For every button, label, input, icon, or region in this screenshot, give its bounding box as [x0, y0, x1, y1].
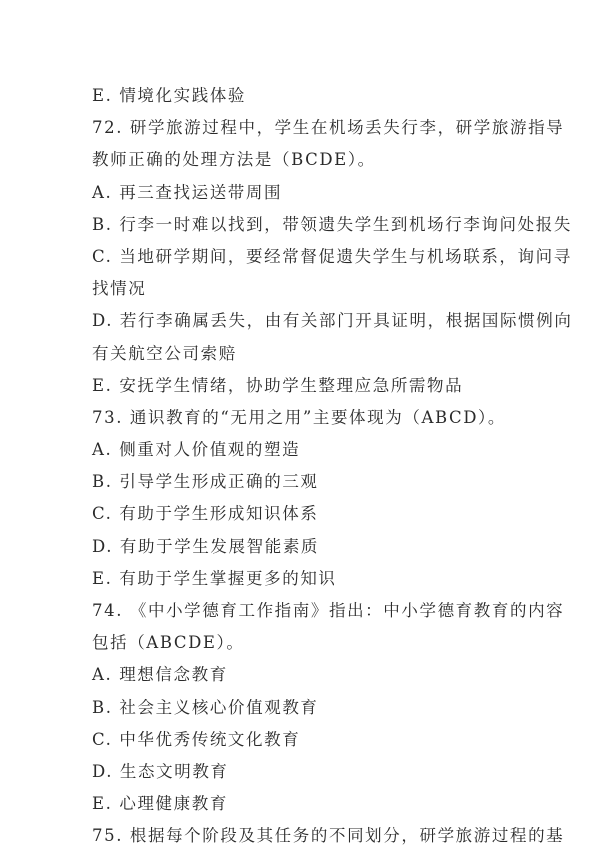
question-72-text: 72. 研学旅游过程中，学生在机场丢失行李，研学旅游指导 — [92, 112, 512, 144]
question-74-text: 74. 《中小学德育工作指南》指出：中小学德育教育的内容 — [92, 595, 512, 627]
option-74-b: B. 社会主义核心价值观教育 — [92, 692, 512, 724]
option-72-c: C. 当地研学期间，要经常督促遗失学生与机场联系，询问寻 — [92, 241, 512, 273]
option-71-e: E. 情境化实践体验 — [92, 80, 512, 112]
option-73-b: B. 引导学生形成正确的三观 — [92, 466, 512, 498]
option-72-b: B. 行李一时难以找到，带领遗失学生到机场行李询问处报失 — [92, 209, 512, 241]
option-73-c: C. 有助于学生形成知识体系 — [92, 498, 512, 530]
option-74-d: D. 生态文明教育 — [92, 756, 512, 788]
option-72-c-cont: 找情况 — [92, 273, 512, 305]
question-74-text-cont: 包括（ABCDE）。 — [92, 627, 512, 659]
option-73-a: A. 侧重对人价值观的塑造 — [92, 434, 512, 466]
option-73-d: D. 有助于学生发展智能素质 — [92, 531, 512, 563]
question-75-text: 75. 根据每个阶段及其任务的不同划分，研学旅游过程的基 — [92, 820, 512, 849]
option-72-e: E. 安抚学生情绪，协助学生整理应急所需物品 — [92, 370, 512, 402]
option-72-d: D. 若行李确属丢失，由有关部门开具证明，根据国际惯例向 — [92, 305, 512, 337]
option-74-c: C. 中华优秀传统文化教育 — [92, 724, 512, 756]
option-72-d-cont: 有关航空公司索赔 — [92, 338, 512, 370]
document-page: E. 情境化实践体验 72. 研学旅游过程中，学生在机场丢失行李，研学旅游指导 … — [92, 80, 512, 849]
option-73-e: E. 有助于学生掌握更多的知识 — [92, 563, 512, 595]
question-73-text: 73. 通识教育的“无用之用”主要体现为（ABCD）。 — [92, 402, 512, 434]
option-74-e: E. 心理健康教育 — [92, 788, 512, 820]
question-72-text-cont: 教师正确的处理方法是（BCDE）。 — [92, 144, 512, 176]
option-74-a: A. 理想信念教育 — [92, 659, 512, 691]
option-72-a: A. 再三查找运送带周围 — [92, 177, 512, 209]
